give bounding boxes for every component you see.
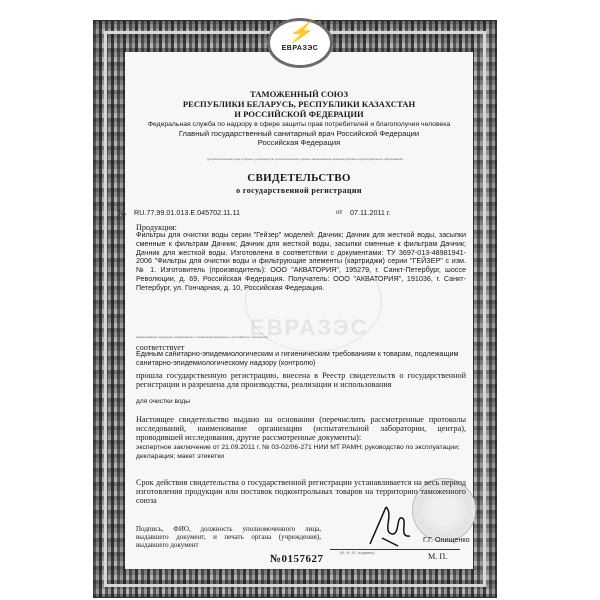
number-prefix: №	[118, 209, 126, 218]
validity-statement: Срок действия свидетельства о государств…	[136, 478, 466, 505]
eurasec-emblem-icon: ⚡ ЕВРАЗЭС	[267, 18, 333, 68]
date-prefix: от	[336, 208, 342, 217]
signature-caption: Подпись, ФИО, должность уполномоченного …	[136, 525, 321, 549]
usage-scope: для очистки воды	[136, 398, 190, 407]
document-subtitle: о государственной регистрации	[125, 186, 473, 195]
registration-statement: прошла государственную регистрацию, внес…	[136, 371, 466, 389]
product-caption: (наименование продукции, нормативные и т…	[136, 335, 466, 339]
registration-date: 07.11.2011 г.	[350, 209, 391, 218]
emblem-mark: ⚡	[270, 21, 330, 45]
authority-line: Главный государственный санитарный врач …	[125, 129, 473, 138]
header-line: И РОССИЙСКОЙ ФЕДЕРАЦИИ	[125, 109, 473, 119]
signer-name: Г.Г. Онищенко	[423, 536, 470, 545]
signature-icon	[368, 502, 418, 547]
conformity-requirements: Единым санитарно-эпидемиологическим и ги…	[136, 350, 466, 368]
authority-block: Федеральная служба по надзору в сфере за…	[125, 120, 473, 147]
basis-documents: экспертное заключение от 21.09.2011 г. №…	[136, 444, 466, 462]
authority-caption: (уполномоченный орган Стороны, руководит…	[160, 157, 450, 161]
seal-mark: М. П.	[428, 552, 447, 561]
header-line: ТАМОЖЕННЫЙ СОЮЗ	[125, 89, 473, 99]
blank-number: №0157627	[270, 553, 324, 565]
authority-line: Федеральная служба по надзору в сфере за…	[125, 120, 473, 129]
signature-line-caption: (Ф. И. О., подпись)	[340, 551, 375, 555]
authority-line: Российская Федерация	[125, 138, 473, 147]
emblem-label: ЕВРАЗЭС	[270, 45, 330, 52]
registration-number: RU.77.99.01.013.E.045702.11.11	[134, 209, 240, 218]
union-header: ТАМОЖЕННЫЙ СОЮЗ РЕСПУБЛИКИ БЕЛАРУСЬ, РЕС…	[125, 89, 473, 119]
header-line: РЕСПУБЛИКИ БЕЛАРУСЬ, РЕСПУБЛИКИ КАЗАХСТА…	[125, 99, 473, 109]
product-description: Фильтры для очистки воды серии "Гейзер" …	[136, 231, 466, 293]
document-title: СВИДЕТЕЛЬСТВО	[125, 172, 473, 184]
basis-statement: Настоящее свидетельство выдано на основа…	[136, 415, 466, 442]
